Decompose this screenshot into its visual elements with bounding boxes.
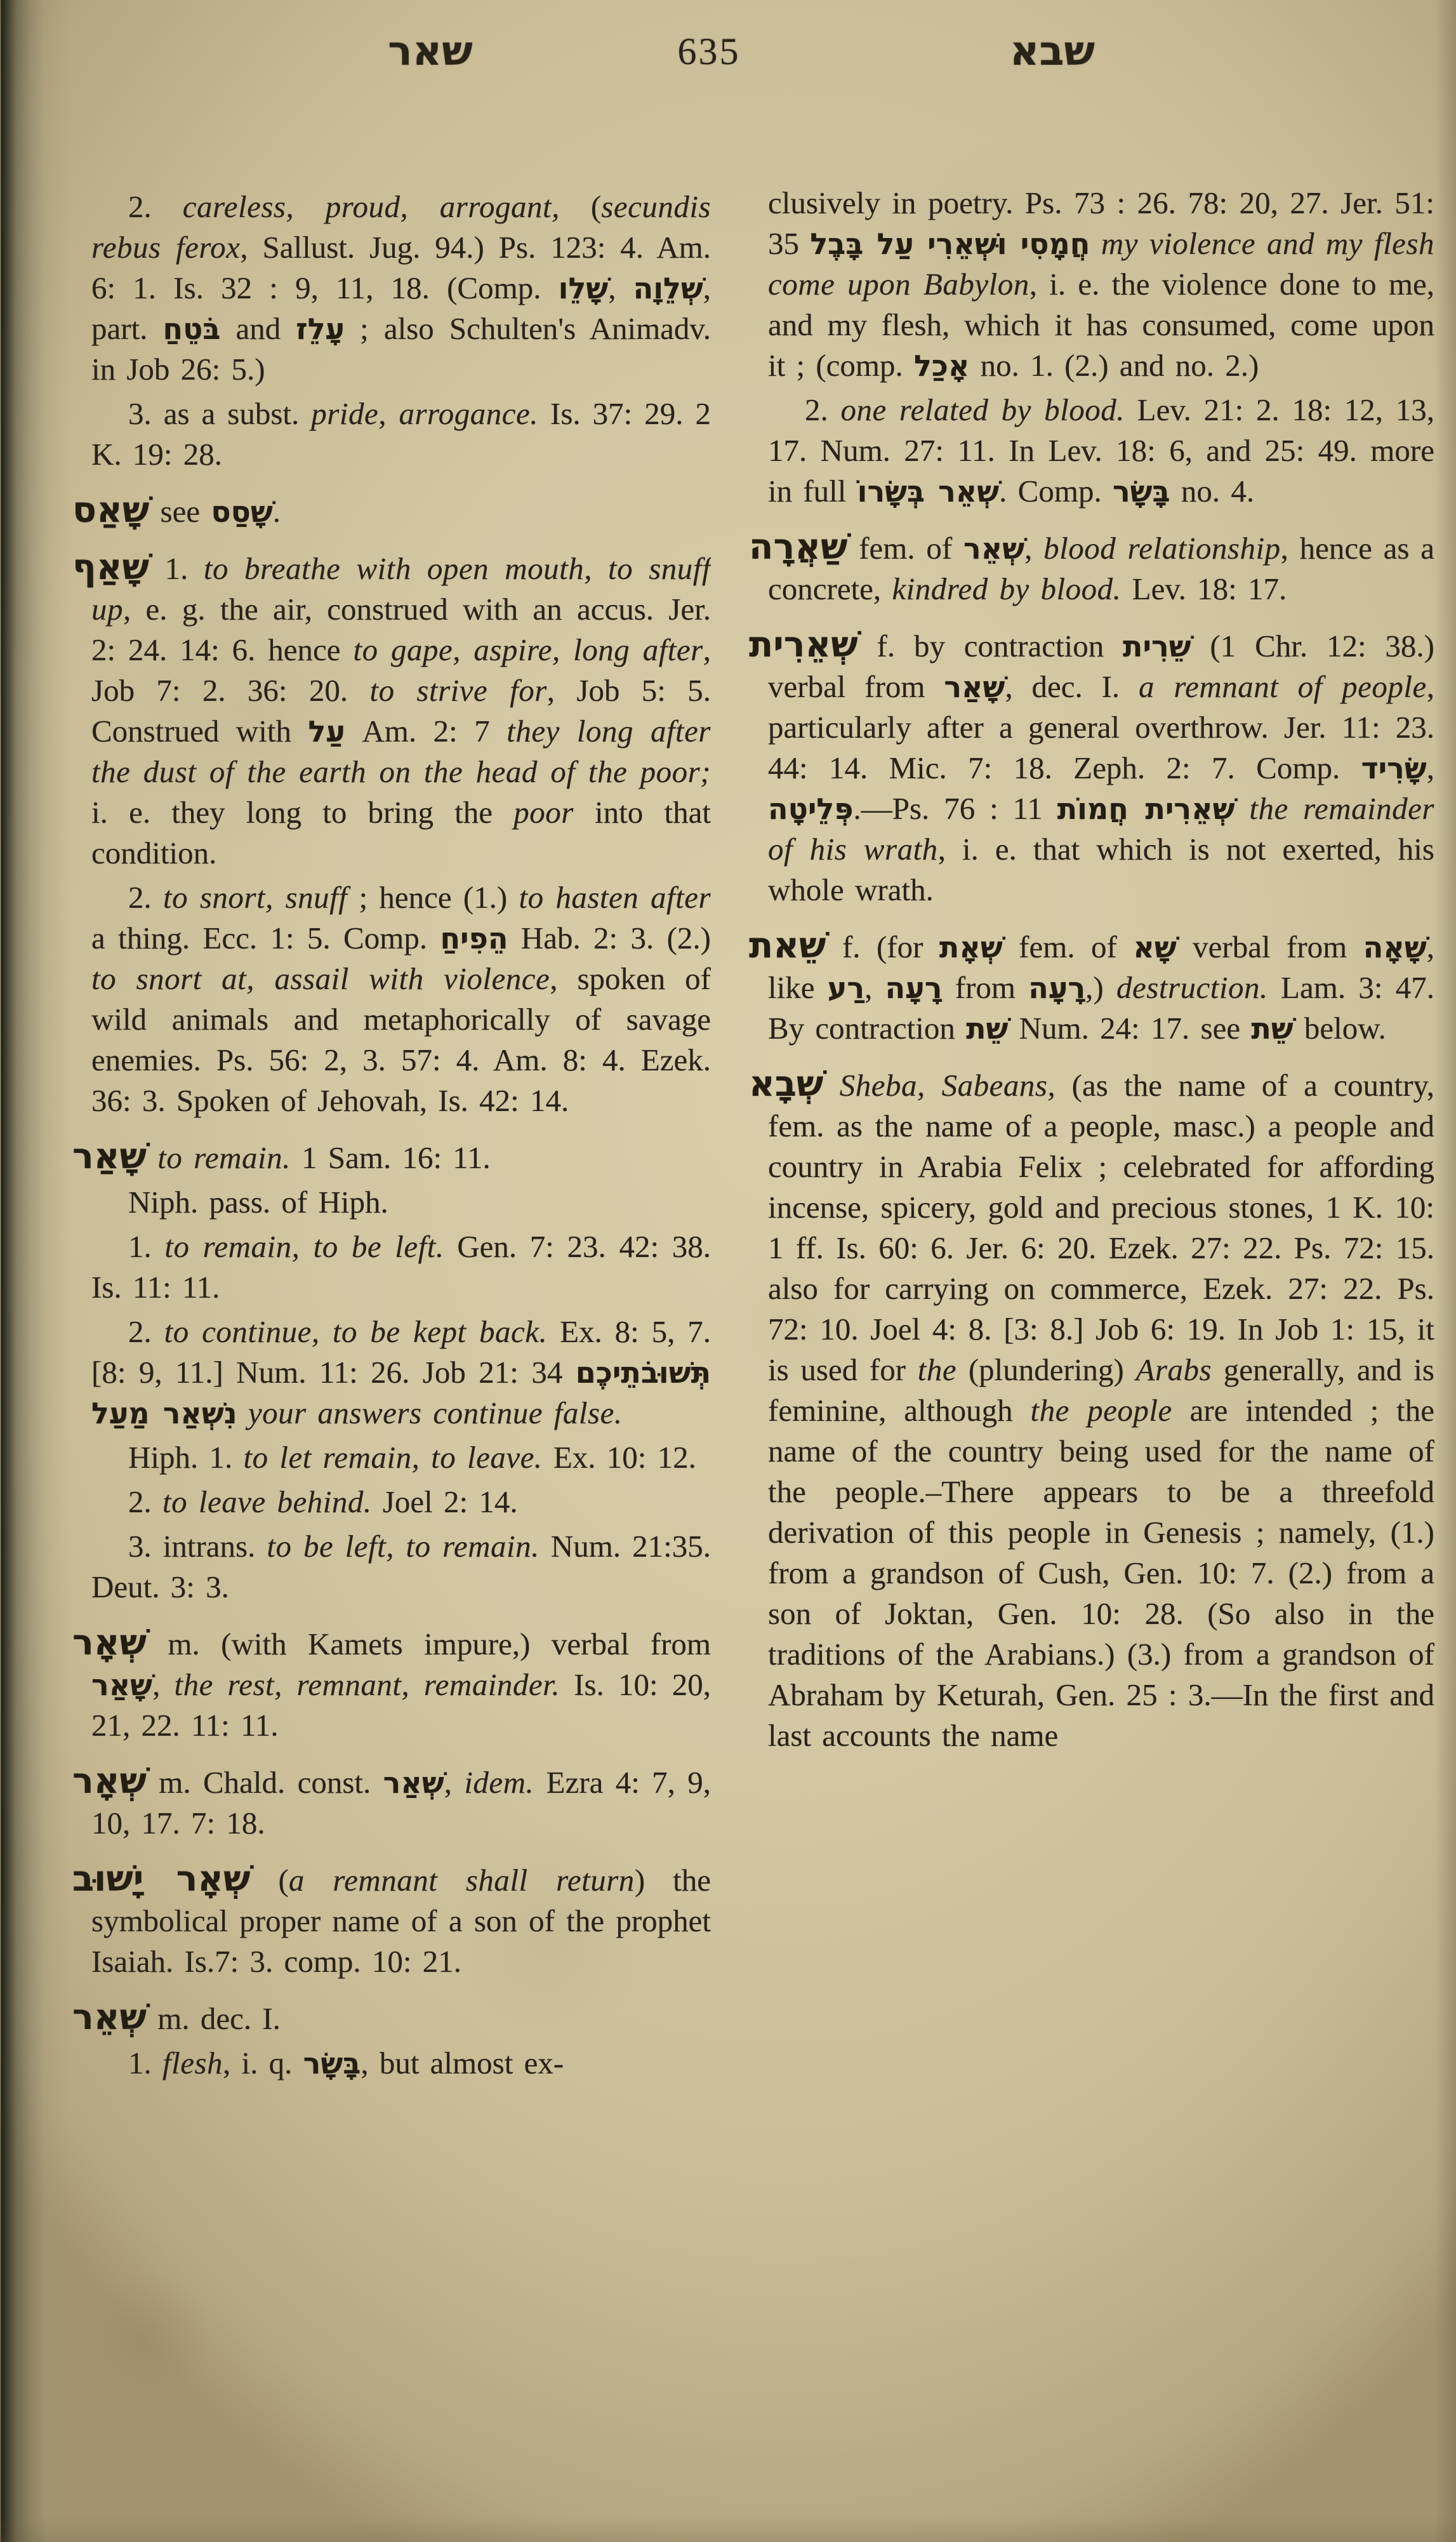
hebrew-word: שָׁלֵו — [559, 271, 609, 305]
hebrew-word: שֵׁאת — [749, 925, 826, 966]
hebrew-word: עָלֵז — [296, 312, 345, 346]
hebrew-word: שְׁאֵר — [963, 531, 1024, 566]
hebrew-word: שֵׁת — [1251, 1011, 1293, 1046]
hebrew-word: שְׁאָר יָשׁוּב — [72, 1858, 251, 1900]
text-paragraph: Niph. pass. of Hiph. — [91, 1182, 711, 1223]
right-column: clusively in poetry. Ps. 73 : 26. 78: 20… — [748, 183, 1434, 2494]
hebrew-word: שְׁאֵר — [72, 1997, 147, 2038]
text-paragraph: 3. intrans. to be left, to remain. Num. … — [91, 1526, 711, 1607]
dictionary-entry: שְׁבָא Sheba, Sabeans, (as the name of a… — [768, 1065, 1434, 1756]
hebrew-word: שָׁאַר — [944, 670, 1005, 704]
text-paragraph: clusively in poetry. Ps. 73 : 26. 78: 20… — [768, 183, 1434, 386]
dictionary-entry: שֵׁאת f. (for שְׁאָת fem. of שָׁא verbal… — [768, 927, 1434, 1049]
text-paragraph: 2. careless, proud, arrogant, (secundis … — [91, 187, 711, 390]
text-paragraph: 1. flesh, i. q. בָּשָׂר, but almost ex- — [91, 2043, 711, 2084]
hebrew-word: שְׁאָר — [72, 1622, 147, 1663]
text-columns: 2. careless, proud, arrogant, (secundis … — [0, 183, 1456, 2494]
hebrew-word: שֵׁת — [966, 1011, 1008, 1046]
hebrew-word: שָׁאַר — [72, 1136, 147, 1177]
hebrew-word: שְׁאֵרִית — [749, 624, 858, 665]
hebrew-word: אָכַל — [914, 349, 969, 383]
text-paragraph: 2. to snort, snuff ; hence (1.) to haste… — [91, 877, 711, 1121]
hebrew-word: שֵׁרִית — [1123, 629, 1191, 663]
hebrew-word: שְׁאֵרִית חֲמוֹת — [1057, 792, 1235, 826]
dictionary-entry: שַׁאֲרָה fem. of שְׁאֵר, blood relations… — [768, 528, 1434, 609]
hebrew-word: שָׂרִיד — [1361, 751, 1427, 785]
running-head-right-catchword: שבא — [970, 17, 1135, 86]
hebrew-word: שָׁאַס — [72, 489, 149, 531]
hebrew-word: שְׁאַר — [383, 1766, 444, 1800]
hebrew-word: שַׁאֲרָה — [749, 526, 847, 568]
hebrew-word: רַע — [828, 971, 864, 1005]
hebrew-word: עַל — [308, 714, 345, 749]
hebrew-word: שָׁאָה — [1363, 930, 1427, 964]
dictionary-entry: שְׁאֵרִית f. by contraction שֵׁרִית (1 C… — [768, 626, 1434, 910]
hebrew-word: שְׁאֵר בְּשָׂרוֹ — [857, 474, 1000, 509]
running-head-left-catchword: שאר — [348, 17, 513, 86]
hebrew-word: שְׁבָא — [749, 1063, 823, 1105]
hebrew-word: רָעָה — [885, 971, 943, 1005]
page-edge-shadow-bottom — [0, 2517, 1456, 2542]
hebrew-word: שְׁאָת — [939, 930, 1003, 964]
hebrew-word: שָׁא — [1133, 930, 1176, 964]
hebrew-word: חֲמָסִי וּשְׁאֵרִי עַל בָּבֶל — [810, 227, 1090, 261]
page-number: 635 — [642, 17, 776, 86]
text-paragraph: 2. to leave behind. Joel 2: 14. — [91, 1482, 711, 1522]
hebrew-word: שָׁאַף — [72, 547, 149, 588]
hebrew-word: שָׁסַס — [211, 495, 272, 529]
hebrew-word: שָׁאַר — [91, 1668, 152, 1702]
text-paragraph: 3. as a subst. pride, arrogance. Is. 37:… — [91, 394, 711, 475]
running-header: שאר 635 שבא — [0, 17, 1456, 93]
hebrew-word: בָּשָׂר — [1113, 474, 1170, 509]
text-paragraph: 2. one related by blood. Lev. 21: 2. 18:… — [768, 390, 1434, 512]
hebrew-word: בָּשָׂר — [303, 2046, 361, 2080]
text-paragraph: 1. to remain, to be left. Gen. 7: 23. 42… — [91, 1227, 711, 1308]
left-column: 2. careless, proud, arrogant, (secundis … — [71, 183, 711, 2494]
dictionary-entry: שְׁאֵר m. dec. I. — [91, 1999, 711, 2039]
dictionary-entry: שְׁאָר יָשׁוּב (a remnant shall return) … — [91, 1860, 711, 1982]
hebrew-word: שְׁלֵוָה — [633, 271, 703, 305]
hebrew-word: הֵפִיחַ — [440, 921, 508, 955]
dictionary-entry: שָׁאַס see שָׁסַס. — [91, 491, 711, 532]
hebrew-word: שְׁאָר — [72, 1760, 147, 1802]
hebrew-word: בֹּטֵחַ — [163, 312, 221, 346]
hebrew-word: רָעָה — [1028, 971, 1085, 1005]
dictionary-entry: שָׁאַר to remain. 1 Sam. 16: 11. — [91, 1138, 711, 1178]
text-paragraph: Hiph. 1. to let remain, to leave. Ex. 10… — [91, 1437, 711, 1478]
text-paragraph: 2. to continue, to be kept back. Ex. 8: … — [91, 1312, 711, 1434]
dictionary-entry: שְׁאָר m. Chald. const. שְׁאַר, idem. Ez… — [91, 1762, 711, 1844]
dictionary-entry: שָׁאַף 1. to breathe with open mouth, to… — [91, 549, 711, 874]
dictionary-entry: שְׁאָר m. (with Kamets impure,) verbal f… — [91, 1624, 711, 1746]
hebrew-word: פְּלֵיטָה — [768, 792, 853, 826]
